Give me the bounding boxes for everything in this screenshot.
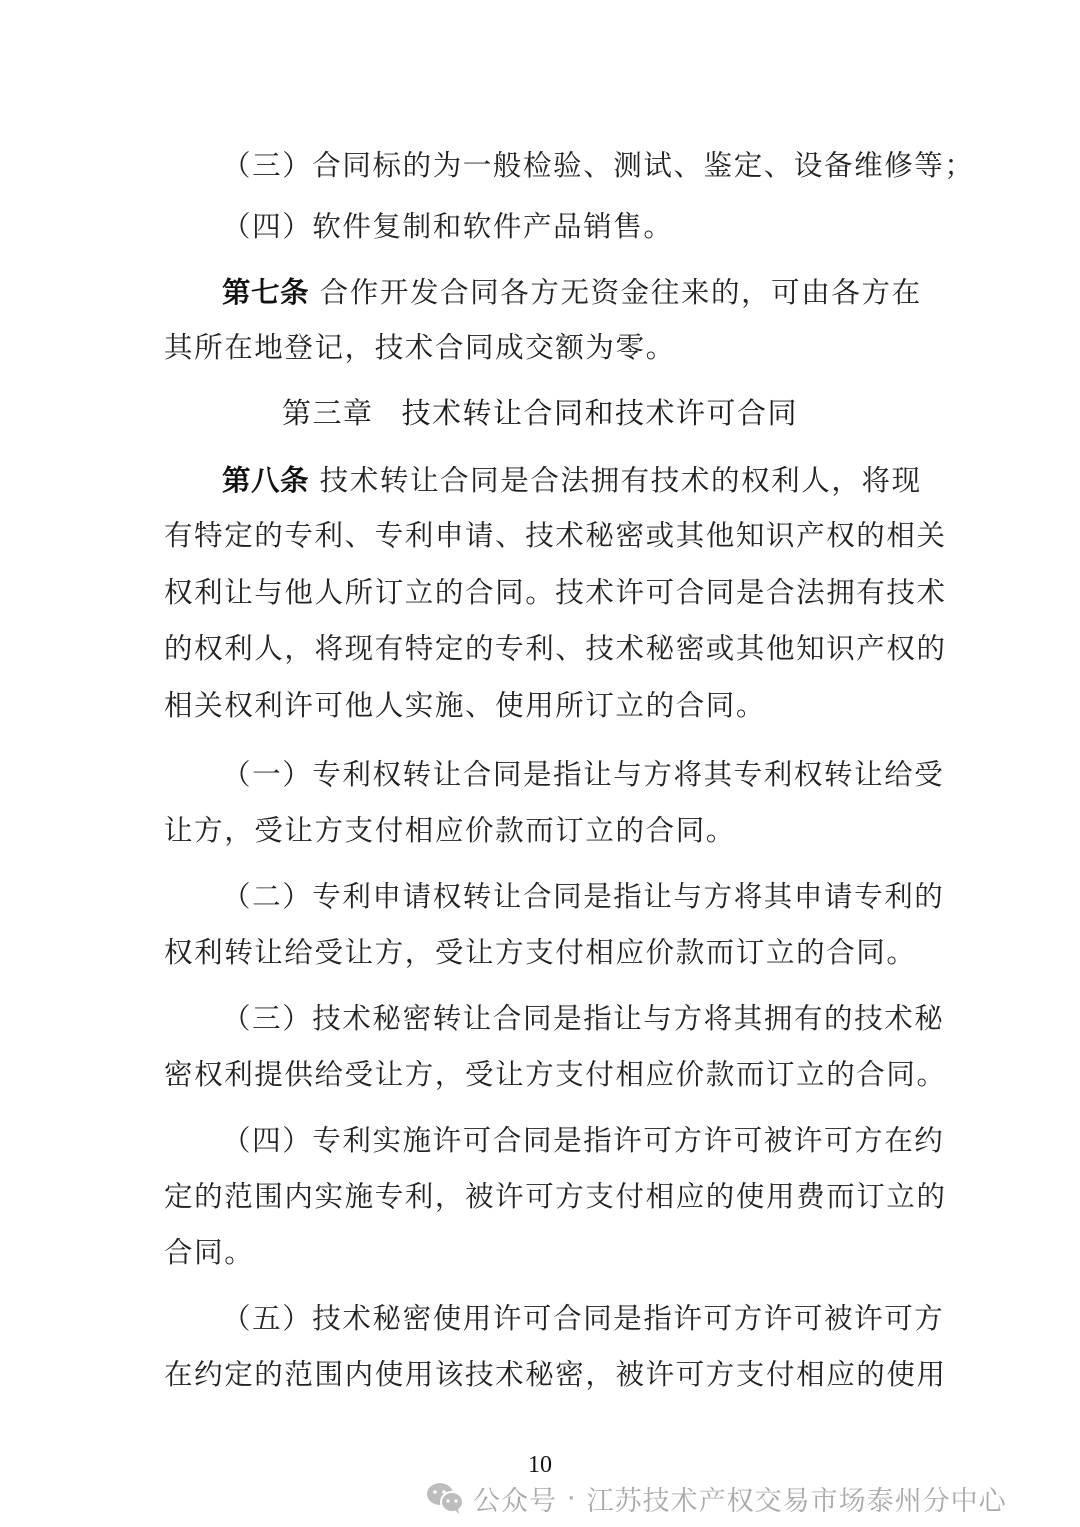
item-text: 合同。 [164, 1236, 254, 1269]
item-text: 权利转让给受让方，受让方支付相应价款而订立的合同。 [164, 936, 917, 969]
item-text: 密权利提供给受让方，受让方支付相应价款而订立的合同。 [164, 1058, 947, 1091]
article-8-line-4: 的权利人，将现有特定的专利、技术秘密或其他知识产权的 [164, 629, 916, 669]
item-2-line-1: （二）专利申请权转让合同是指让与方将其申请专利的 [222, 877, 916, 917]
item-text: （五）技术秘密使用许可合同是指许可方许可被许可方 [222, 1302, 944, 1335]
clause-item-3: （三）合同标的为一般检验、测试、鉴定、设备维修等； [222, 146, 916, 186]
watermark-prefix: 公众号 [473, 1479, 557, 1518]
item-text: （三）技术秘密转让合同是指让与方将其拥有的技术秘 [222, 1002, 944, 1035]
article-7-line-2: 其所在地登记，技术合同成交额为零。 [164, 328, 916, 368]
article-7-text: 其所在地登记，技术合同成交额为零。 [164, 331, 676, 364]
article-8-text: 技术转让合同是合法拥有技术的权利人，将现 [309, 464, 922, 497]
item-5-line-1: （五）技术秘密使用许可合同是指许可方许可被许可方 [222, 1299, 916, 1339]
item-4-line-1: （四）专利实施许可合同是指许可方许可被许可方在约 [222, 1121, 916, 1161]
item-1-line-2: 让方，受让方支付相应价款而订立的合同。 [164, 811, 916, 851]
article-8-line-3: 权利让与他人所订立的合同。技术许可合同是合法拥有技术 [164, 573, 916, 613]
item-text: （一）专利权转让合同是指让与方将其专利权转让给受 [222, 758, 944, 791]
item-5-line-2: 在约定的范围内使用该技术秘密，被许可方支付相应的使用 [164, 1355, 916, 1395]
item-4-line-3: 合同。 [164, 1233, 916, 1273]
wechat-watermark: 公众号 · 江苏技术产权交易市场泰州分中心 [425, 1478, 1007, 1518]
chapter-name: 技术转让合同和技术许可合同 [402, 396, 799, 430]
article-8-heading: 第八条 [222, 463, 309, 497]
clause-text: （四）软件复制和软件产品销售。 [222, 210, 674, 243]
article-8-text: 有特定的专利、专利申请、技术秘密或其他知识产权的相关 [164, 519, 947, 552]
item-2-line-2: 权利转让给受让方，受让方支付相应价款而订立的合同。 [164, 933, 916, 973]
article-7-text: 合作开发合同各方无资金往来的，可由各方在 [309, 276, 922, 309]
item-3-line-1: （三）技术秘密转让合同是指让与方将其拥有的技术秘 [222, 999, 916, 1039]
article-8-text: 的权利人，将现有特定的专利、技术秘密或其他知识产权的 [164, 632, 947, 665]
item-text: （二）专利申请权转让合同是指让与方将其申请专利的 [222, 880, 944, 913]
item-text: （四）专利实施许可合同是指许可方许可被许可方在约 [222, 1124, 944, 1157]
item-4-line-2: 定的范围内实施专利，被许可方支付相应的使用费而订立的 [164, 1177, 916, 1217]
chapter-title: 第三章技术转让合同和技术许可合同 [0, 393, 1080, 433]
article-7-line-1: 第七条 合作开发合同各方无资金往来的，可由各方在 [222, 272, 916, 313]
article-8-text: 权利让与他人所订立的合同。技术许可合同是合法拥有技术 [164, 576, 947, 609]
document-page: （三）合同标的为一般检验、测试、鉴定、设备维修等； （四）软件复制和软件产品销售… [0, 0, 1080, 1527]
item-text: 定的范围内实施专利，被许可方支付相应的使用费而订立的 [164, 1180, 947, 1213]
item-text: 在约定的范围内使用该技术秘密，被许可方支付相应的使用 [164, 1358, 947, 1391]
clause-text: （三）合同标的为一般检验、测试、鉴定、设备维修等； [222, 149, 975, 182]
article-8-line-1: 第八条 技术转让合同是合法拥有技术的权利人，将现 [222, 460, 916, 501]
item-3-line-2: 密权利提供给受让方，受让方支付相应价款而订立的合同。 [164, 1055, 916, 1095]
article-7-heading: 第七条 [222, 275, 309, 309]
article-8-line-2: 有特定的专利、专利申请、技术秘密或其他知识产权的相关 [164, 516, 916, 556]
clause-item-4: （四）软件复制和软件产品销售。 [222, 207, 916, 247]
item-1-line-1: （一）专利权转让合同是指让与方将其专利权转让给受 [222, 755, 916, 795]
article-8-line-5: 相关权利许可他人实施、使用所订立的合同。 [164, 686, 916, 726]
article-8-text: 相关权利许可他人实施、使用所订立的合同。 [164, 689, 766, 722]
watermark-separator: · [567, 1483, 577, 1514]
chapter-number: 第三章 [282, 396, 374, 430]
page-number: 10 [0, 1452, 1080, 1479]
item-text: 让方，受让方支付相应价款而订立的合同。 [164, 814, 736, 847]
wechat-icon [425, 1481, 465, 1515]
watermark-account-name: 江苏技术产权交易市场泰州分中心 [587, 1479, 1007, 1518]
